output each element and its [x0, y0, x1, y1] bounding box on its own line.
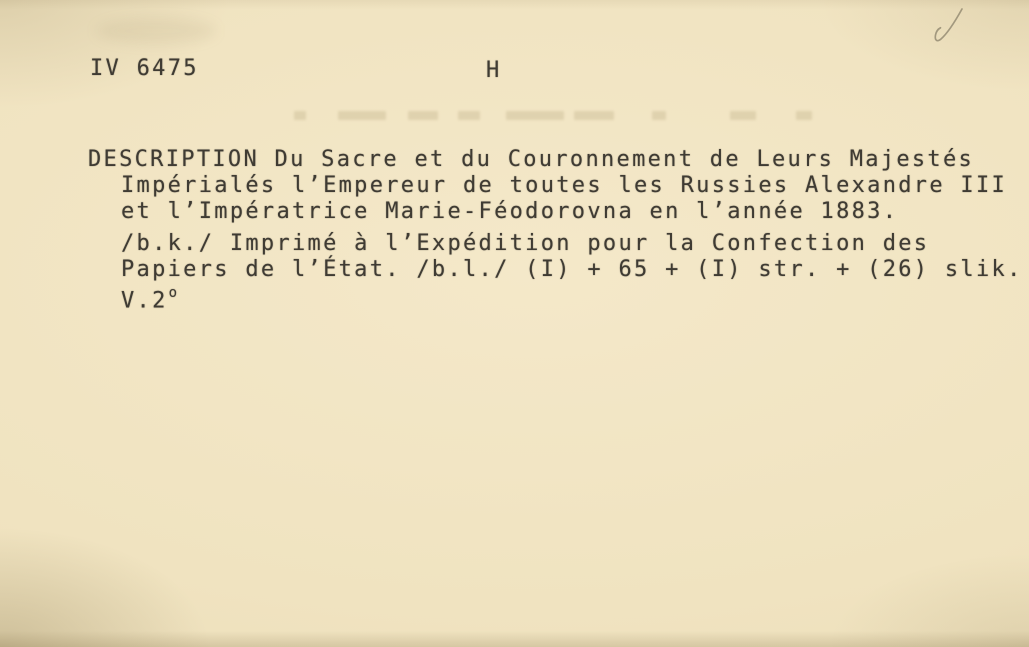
paper-background	[0, 0, 1029, 647]
title-line-1: DESCRIPTION Du Sacre et du Couronnement …	[88, 147, 1028, 173]
section-letter: H	[486, 58, 502, 84]
format-base: V.2	[121, 288, 168, 313]
imprint-line-2: Papiers de l’État. /b.l./ (I) + 65 + (I)…	[121, 257, 1028, 283]
entry-text-block: DESCRIPTION Du Sacre et du Couronnement …	[88, 147, 1028, 314]
title-line-3: et l’Impératrice Marie-Féodorovna en l’a…	[121, 199, 1028, 225]
catalog-card-scan: IV 6475 H DESCRIPTION Du Sacre et du Cou…	[0, 0, 1029, 647]
paper-smudge	[96, 18, 216, 44]
imprint-line-1: /b.k./ Imprimé à l’Expédition pour la Co…	[121, 231, 1028, 257]
format-designation: V.2o	[121, 283, 1028, 314]
pencil-checkmark-icon	[916, 4, 970, 46]
call-number: IV 6475	[90, 56, 199, 82]
format-superscript: o	[169, 285, 177, 301]
title-line-2: Impérialés l’Empereur de toutes les Russ…	[121, 173, 1028, 199]
erased-text-artifact	[294, 104, 1018, 126]
